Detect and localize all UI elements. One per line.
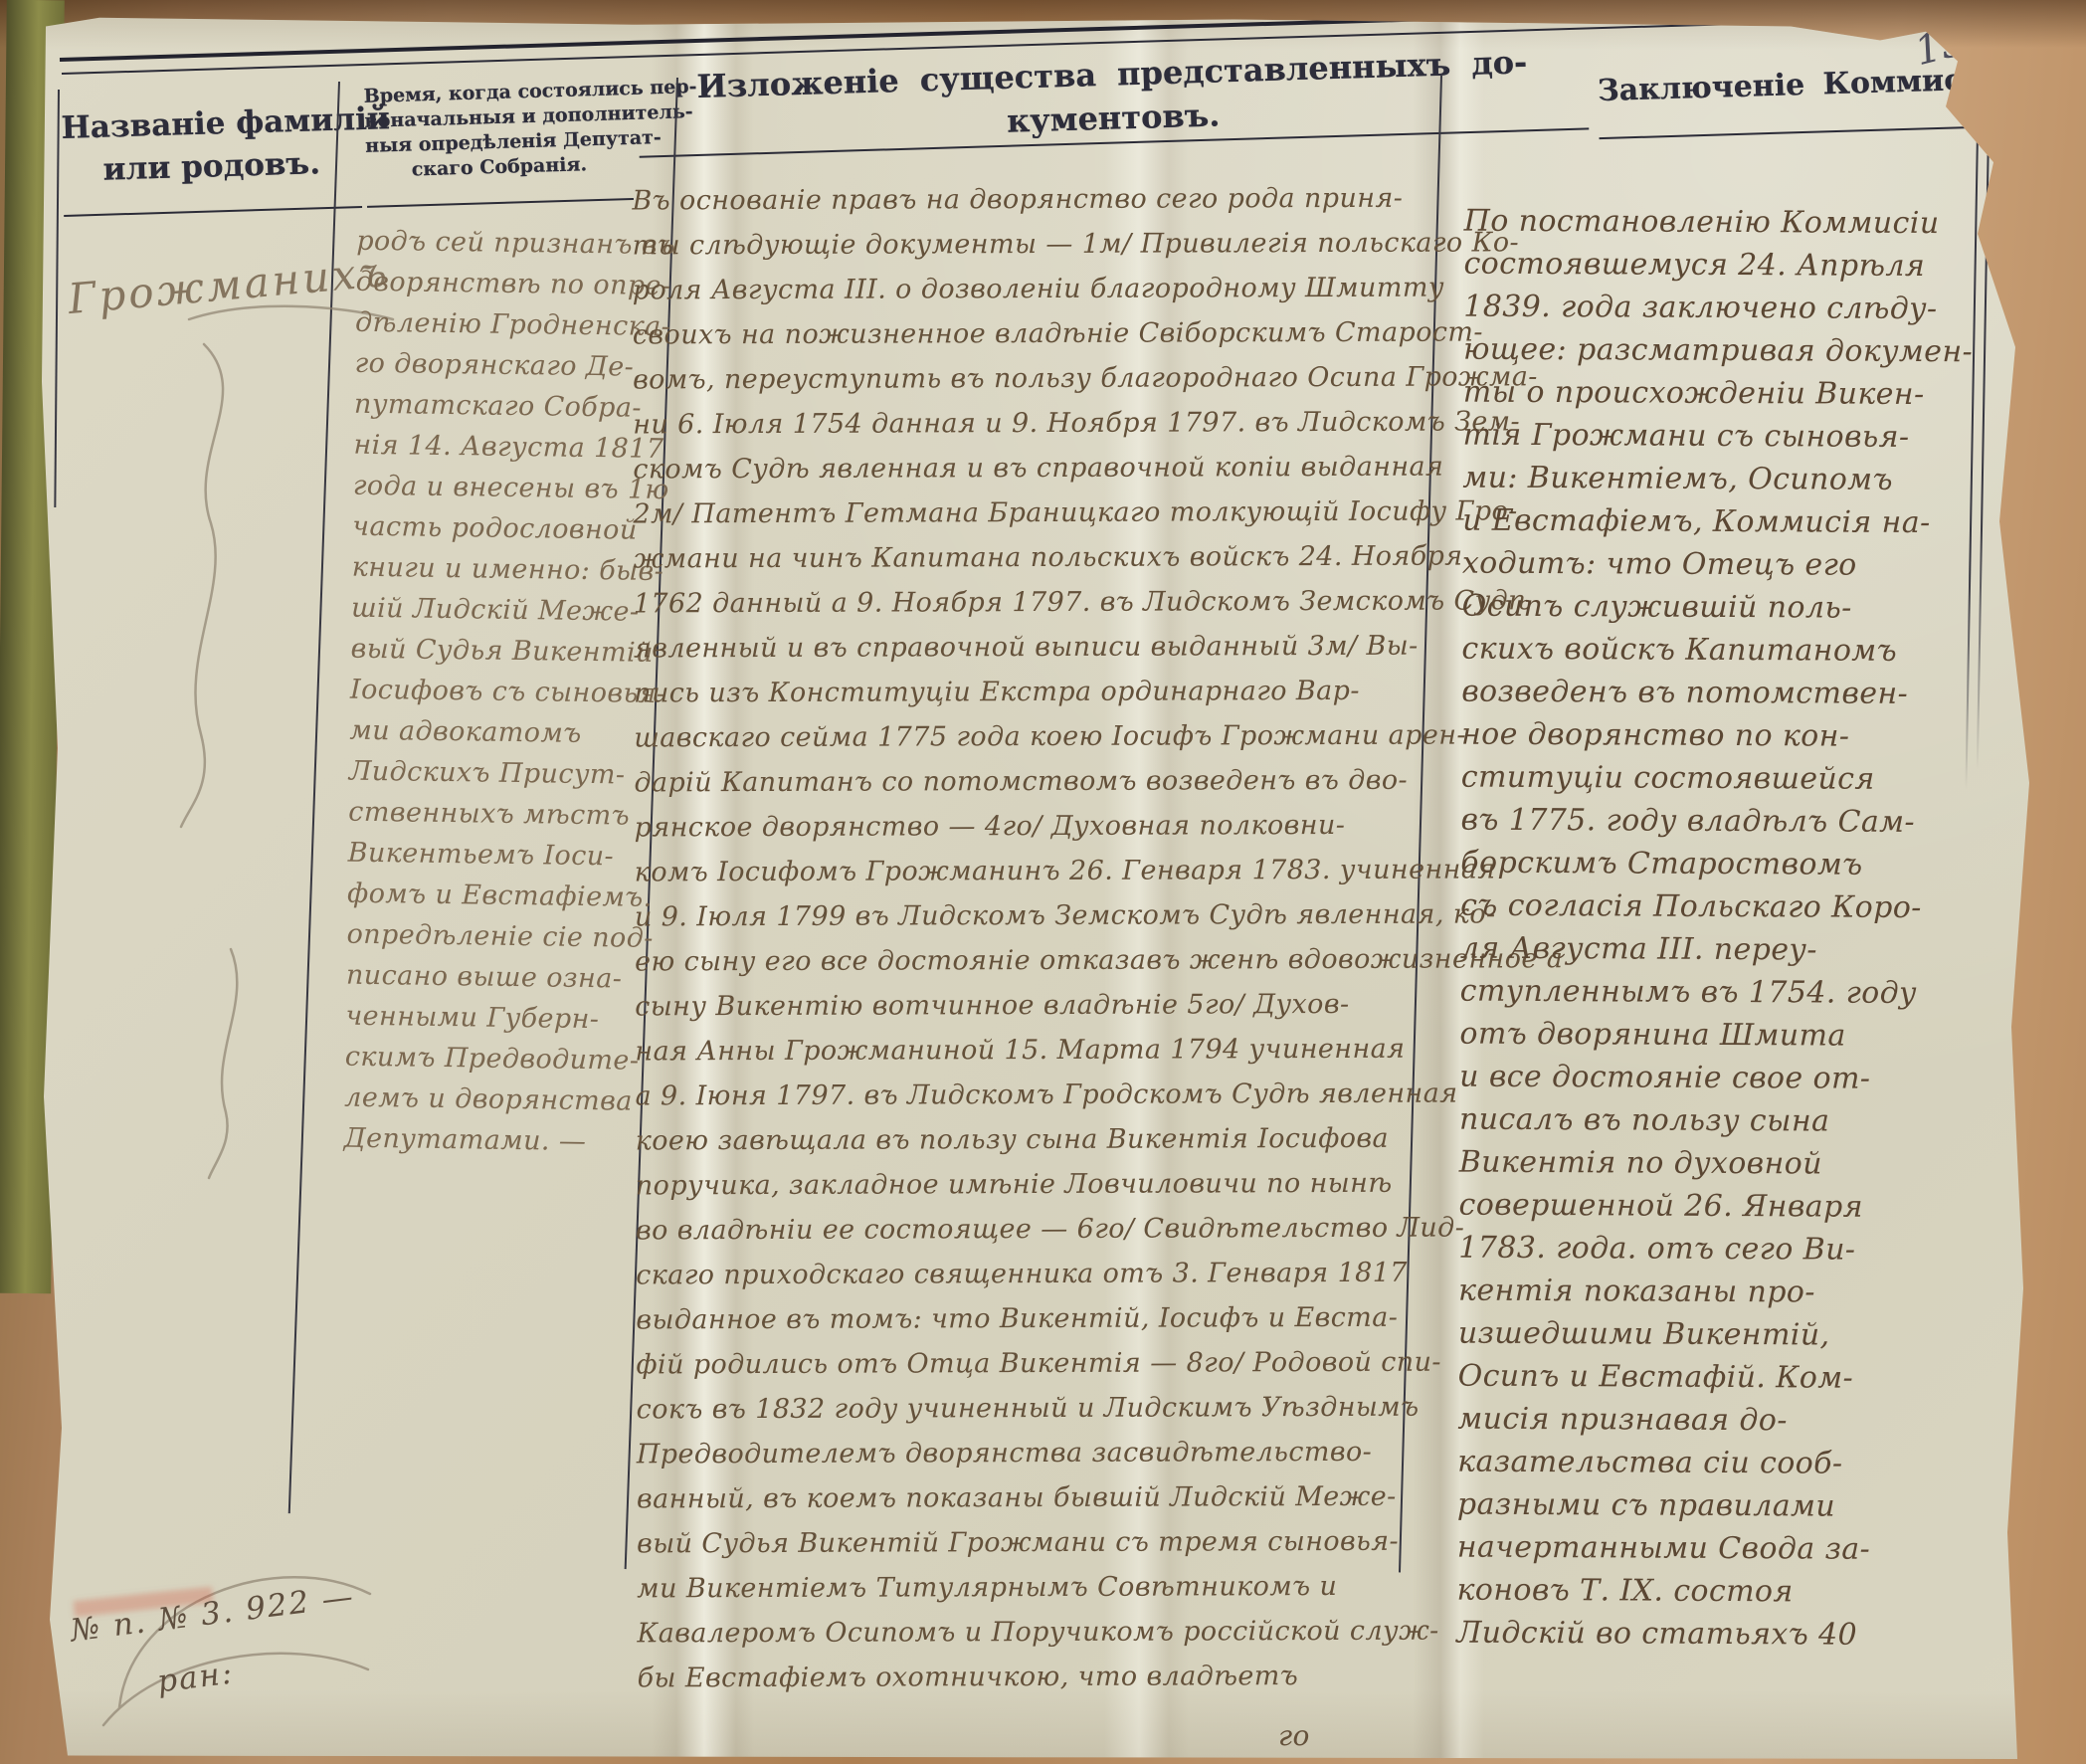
page-number: 13. [1910,15,1984,75]
archival-number-note: № п. № 3. 922 — [69,1579,357,1650]
column-header-family-names: Названіе фамилійили родовъ. [60,81,362,217]
document-page: Названіе фамилійили родовъ. Время, когда… [40,16,2029,1759]
documents-column-text: Въ основаніе правъ на дворянство сего ро… [632,176,1457,1701]
documents-carryover-syllable: го [1278,1719,1310,1752]
archival-note-second-line: ран: [155,1655,236,1699]
column-header-determination-dates: Время, когда состоялись пер-воначальныя … [363,61,634,208]
column-header-documents-summary: Изложеніе существа представленныхъ до-ку… [637,30,1590,157]
document-photo: Названіе фамилійили родовъ. Время, когда… [0,0,2086,1764]
column-header-commission-conclusion: Заключеніе Коммисіи. [1596,22,1998,139]
conclusion-column-text: По постановленію Коммисіисостоявшемуся 2… [1456,200,2006,1658]
table-left-border [54,90,60,507]
family-name-entry: Грожманихъ [66,247,391,323]
